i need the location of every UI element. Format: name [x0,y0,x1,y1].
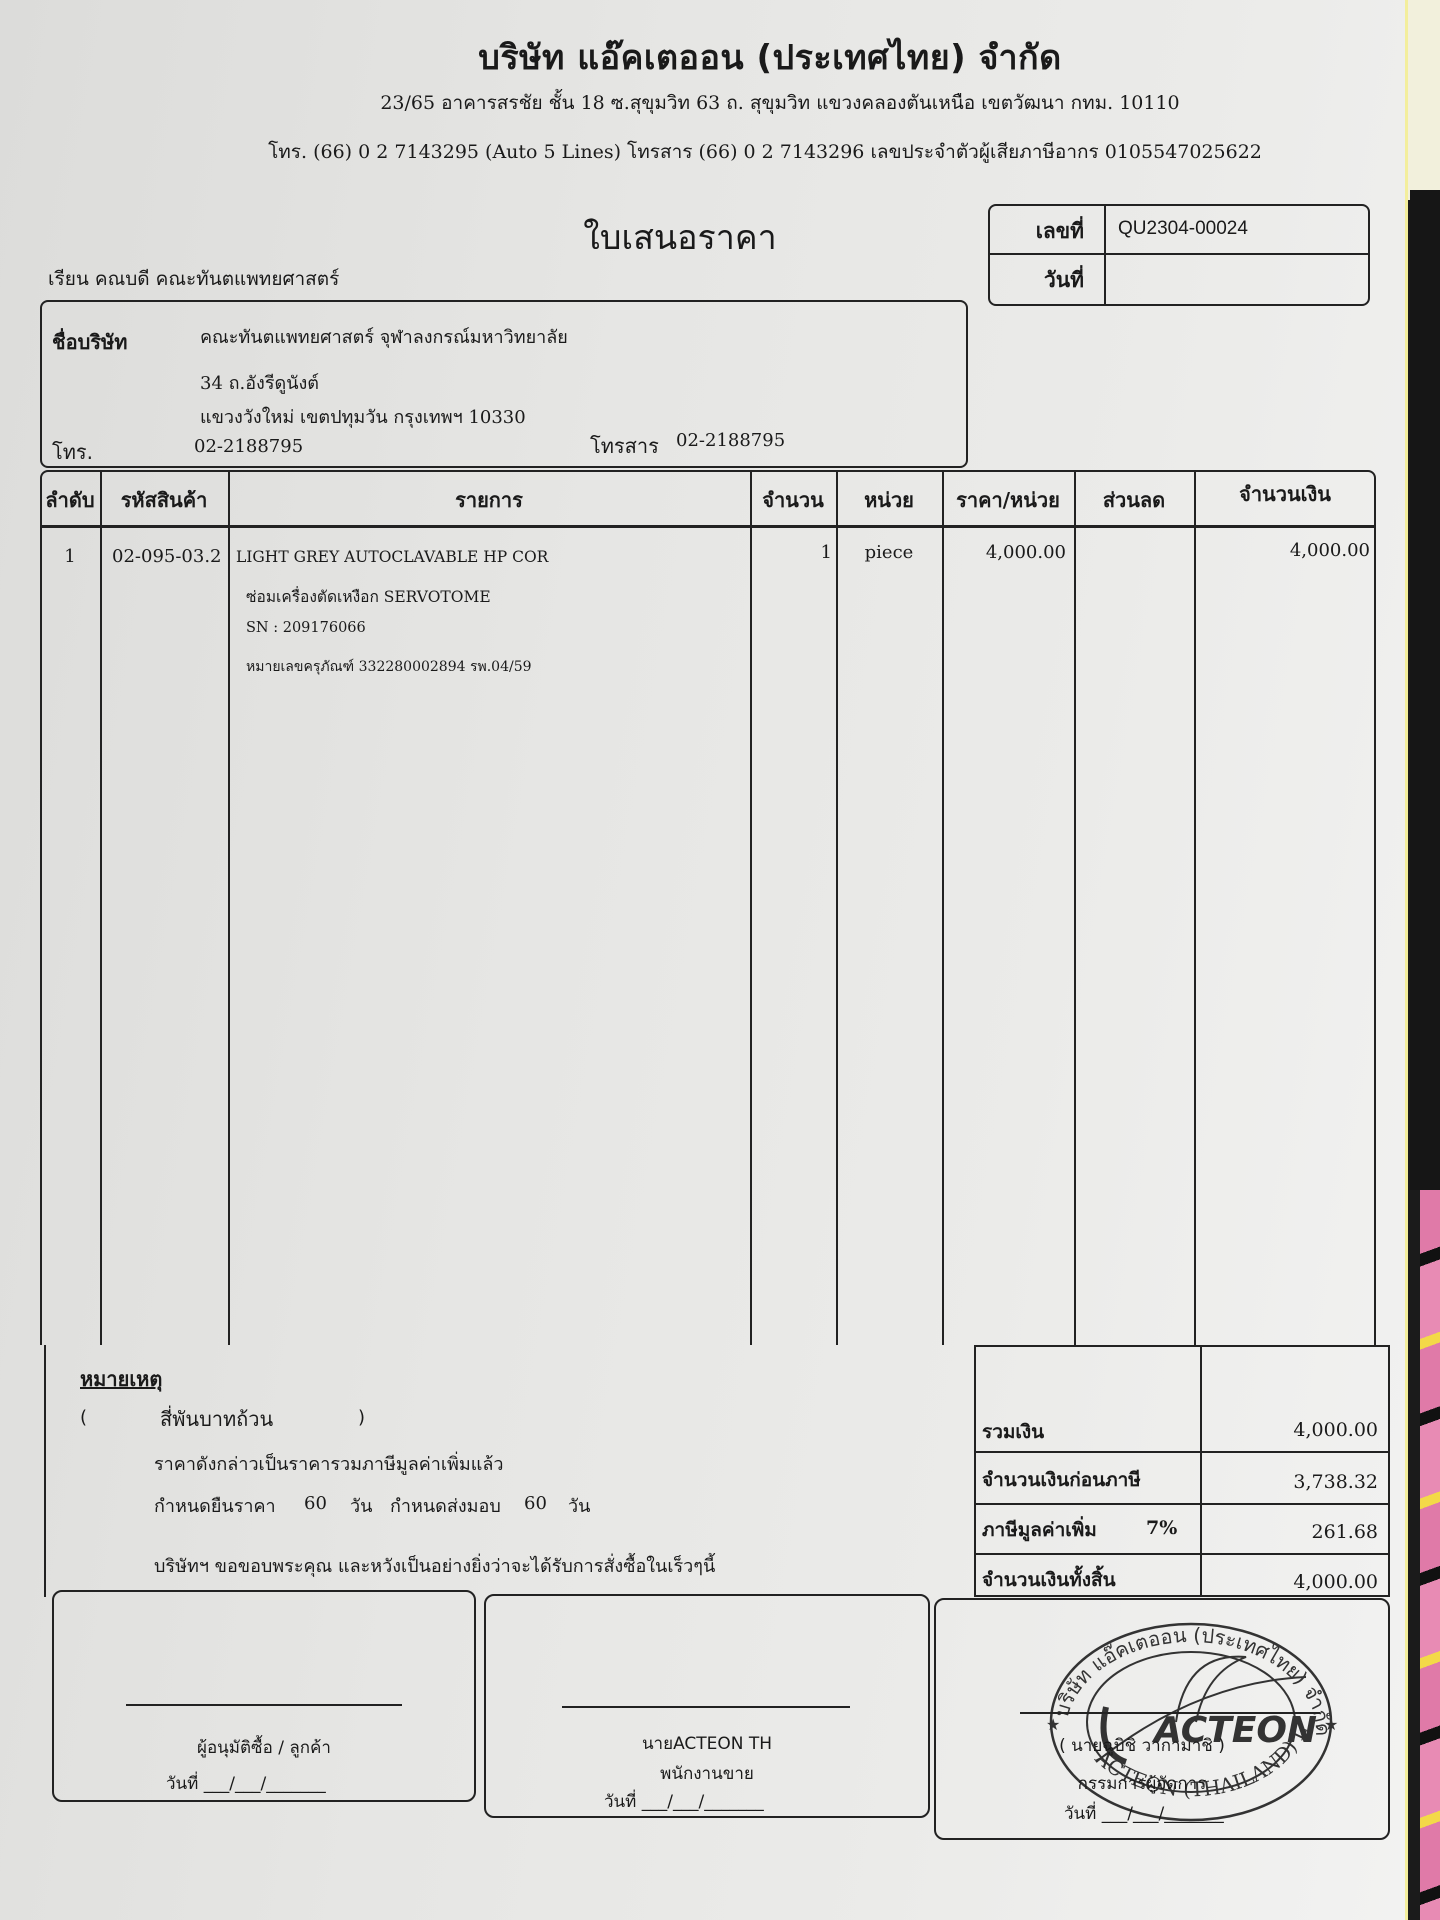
validity-unit: วัน [350,1491,372,1520]
col-header-unit-price: ราคา/หน่วย [942,484,1074,516]
amount-in-words: สี่พันบาทถ้วน [160,1403,273,1435]
row-unit-price: 4,000.00 [942,542,1066,563]
amount-words-open: ( [80,1407,87,1428]
row-unit: piece [836,542,942,563]
vat-rate: 7% [1146,1517,1177,1539]
manager-name: ( นายฉูบิชิ วากามาชิ ) [916,1732,1368,1759]
delivery-label: กำหนดส่งมอบ [390,1491,501,1520]
row-description-line3: SN : 209176066 [246,620,366,636]
thanks-note: บริษัทฯ ขอขอบพระคุณ และหวังเป็นอย่างยิ่ง… [154,1551,715,1580]
col-header-description: รายการ [228,484,750,516]
row-no: 1 [40,546,100,567]
validity-days: 60 [304,1493,327,1514]
document-title: ใบเสนอราคา [560,210,800,264]
subtotal-label: รวมเงิน [982,1417,1044,1447]
manager-label: กรรมการผู้จัดการ [916,1770,1368,1797]
customer-signature-line [126,1704,402,1706]
validity-label: กำหนดยืนราคา [154,1491,276,1520]
background-dark-surface [1410,190,1440,1190]
company-contact: โทร. (66) 0 2 7143295 (Auto 5 Lines) โทร… [0,137,1440,167]
customer-address-line2: แขวงวังใหม่ เขตปทุมวัน กรุงเทพฯ 10330 [200,402,526,431]
sales-date: วันที่ ___/___/_______ [604,1788,764,1815]
document-info-box: เลขที่ QU2304-00024 วันที่ [988,204,1370,306]
table-body [40,528,1376,1345]
col-header-unit: หน่วย [836,484,942,516]
grand-total-value: 4,000.00 [1293,1571,1378,1593]
row-description-line2: ซ่อมเครื่องตัดเหงือก SERVOTOME [246,584,491,609]
row-qty: 1 [750,542,832,563]
sales-label: พนักงานขาย [486,1760,928,1787]
company-name: บริษัท แอ๊คเตออน (ประเทศไทย) จำกัด [0,30,1440,84]
customer-company-label: ชื่อบริษัท [52,326,127,358]
items-table: ลำดับ รหัสสินค้า รายการ จำนวน หน่วย ราคา… [40,470,1376,1345]
row-description-line4: หมายเลขครุภัณฑ์ 332280002894 รพ.04/59 [246,656,532,678]
row-amount: 4,000.00 [1194,540,1370,561]
company-address: 23/65 อาคารสรชัย ชั้น 18 ซ.สุขุมวิท 63 ถ… [0,88,1440,118]
sales-signature-box: นายACTEON TH พนักงานขาย วันที่ ___/___/_… [484,1594,930,1818]
customer-approval-label: ผู้อนุมัติซื้อ / ลูกค้า [54,1734,474,1761]
customer-date: วันที่ ___/___/_______ [166,1770,326,1797]
customer-phone-value: 02-2188795 [194,436,303,457]
manager-signature-box: บริษัท แอ๊คเตออน (ประเทศไทย) จำกัด ACTEO… [934,1598,1390,1840]
vat-value: 261.68 [1312,1521,1378,1543]
customer-fax-label: โทรสาร [590,430,659,462]
customer-address-line1: 34 ถ.อังรีดูนังต์ [200,368,319,397]
totals-box: รวมเงิน 4,000.00 จำนวนเงินก่อนภาษี 3,738… [974,1345,1390,1597]
row-description-line1: LIGHT GREY AUTOCLAVABLE HP COR [236,548,548,566]
manager-signature-line [1020,1712,1320,1714]
subtotal-value: 4,000.00 [1293,1419,1378,1441]
col-header-discount: ส่วนลด [1074,484,1194,516]
customer-fax-value: 02-2188795 [676,430,785,451]
grand-total-label: จำนวนเงินทั้งสิ้น [982,1565,1116,1595]
doc-date-label: วันที่ [990,255,1106,304]
quotation-document: บริษัท แอ๊คเตออน (ประเทศไทย) จำกัด 23/65… [0,0,1408,1920]
customer-box: ชื่อบริษัท คณะทันตแพทยศาสตร์ จุฬาลงกรณ์ม… [40,300,968,468]
col-header-amount: จำนวนเงิน [1194,478,1376,510]
background-pink-pattern [1420,1190,1440,1920]
row-code: 02-095-03.2 [112,546,222,567]
customer-signature-box: ผู้อนุมัติซื้อ / ลูกค้า วันที่ ___/___/_… [52,1590,476,1802]
customer-phone-label: โทร. [52,436,93,468]
delivery-days: 60 [524,1493,547,1514]
vat-label: ภาษีมูลค่าเพิ่ม [982,1515,1097,1545]
pretax-value: 3,738.32 [1293,1471,1378,1493]
amount-words-close: ) [358,1407,365,1428]
remarks-title: หมายเหตุ [80,1363,162,1395]
delivery-unit: วัน [568,1491,590,1520]
col-header-no: ลำดับ [40,484,100,516]
sales-signature-line [562,1706,850,1708]
col-header-code: รหัสสินค้า [100,484,228,516]
customer-company-name: คณะทันตแพทยศาสตร์ จุฬาลงกรณ์มหาวิทยาลัย [200,322,568,351]
doc-number-label: เลขที่ [990,206,1106,253]
col-header-qty: จำนวน [750,484,836,516]
sales-name: นายACTEON TH [486,1730,928,1757]
remarks-section: หมายเหตุ ( สี่พันบาทถ้วน ) ราคาดังกล่าวเ… [44,1345,974,1597]
addressee: เรียน คณบดี คณะทันตแพทยศาสตร์ [48,264,339,294]
manager-date: วันที่ ___/___/_______ [1064,1800,1224,1827]
vat-note: ราคาดังกล่าวเป็นราคารวมภาษีมูลค่าเพิ่มแล… [154,1449,504,1478]
doc-number-value: QU2304-00024 [1118,206,1248,252]
pretax-label: จำนวนเงินก่อนภาษี [982,1465,1141,1495]
